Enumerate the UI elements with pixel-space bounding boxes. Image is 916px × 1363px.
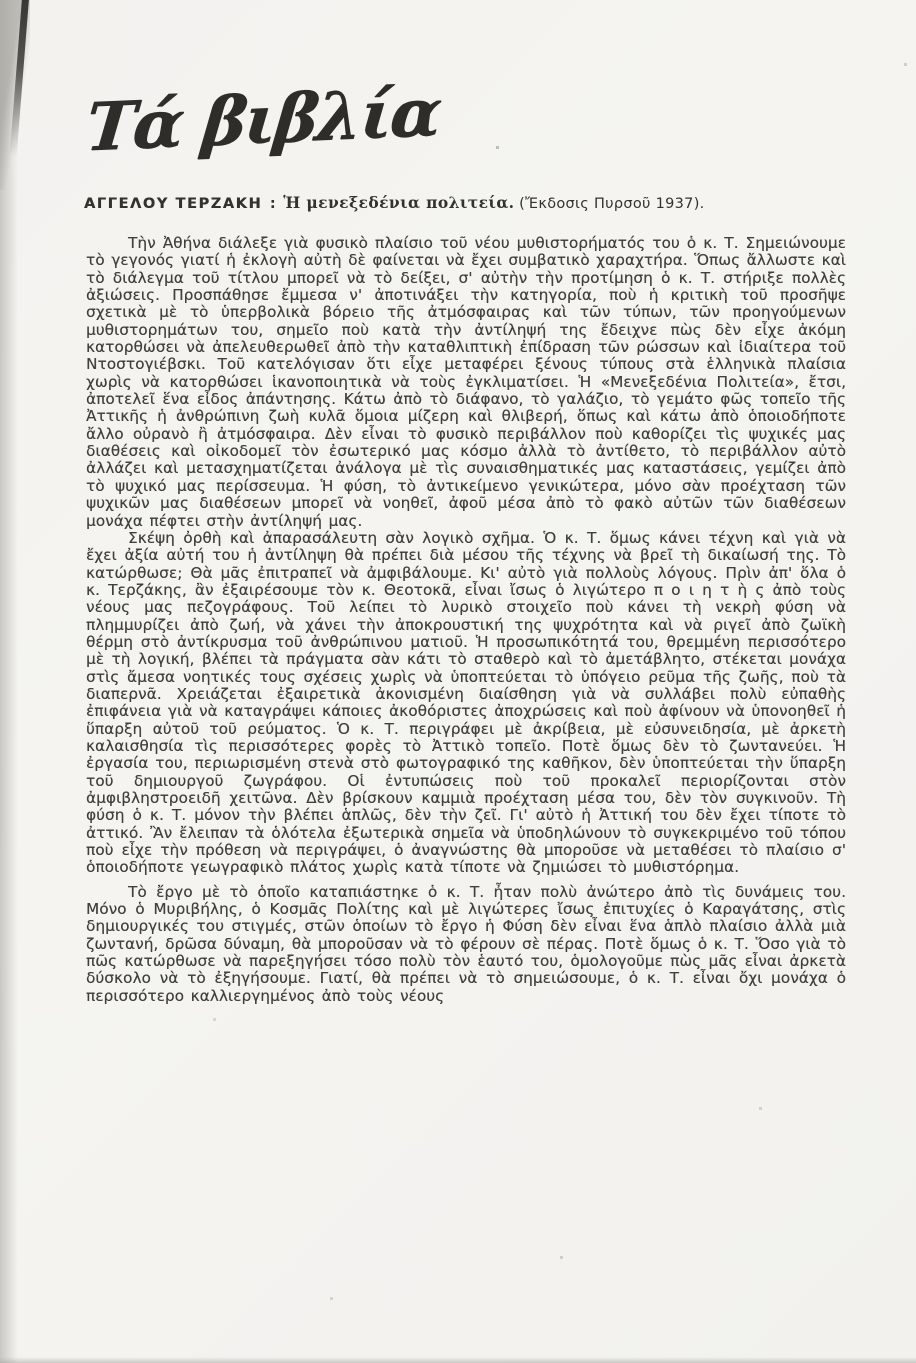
edition-info: (Ἔκδοσις Πυρσοῦ 1937). — [519, 196, 705, 212]
review-heading: ΑΓΓΕΛΟΥ ΤΕΡΖΑΚΗ : Ἡ μενεξεδένια πολιτεία… — [84, 193, 864, 212]
scan-page-edge-mark — [10, 0, 30, 157]
author-name: ΑΓΓΕΛΟΥ ΤΕΡΖΑΚΗ — [84, 196, 262, 212]
book-title: Ἡ μενεξεδένια πολιτεία. — [283, 193, 514, 212]
scan-left-edge-shade — [0, 0, 18, 1363]
scanned-review-page: Τά βιβλία ΑΓΓΕΛΟΥ ΤΕΡΖΑΚΗ : Ἡ μενεξεδένι… — [0, 0, 916, 1363]
section-script-title: Τά βιβλία — [82, 73, 443, 167]
review-body: Τὴν Ἀθήνα διάλεξε γιὰ φυσικὸ πλαίσιο τοῦ… — [86, 235, 846, 1005]
body-paragraph-3: Τὸ ἔργο μὲ τὸ ὁποῖο καταπιάστηκε ὁ κ. Τ.… — [86, 884, 846, 1005]
heading-separator: : — [267, 196, 279, 212]
body-paragraph-1: Τὴν Ἀθήνα διάλεξε γιὰ φυσικὸ πλαίσιο τοῦ… — [86, 235, 846, 530]
scan-bottom-edge-shade — [0, 1357, 916, 1363]
body-paragraph-2: Σκέψη ὀρθὴ καὶ ἀπαρασάλευτη σὰν λογικὸ σ… — [86, 530, 846, 877]
scan-corner-shadow — [0, 0, 30, 190]
scan-dust-specks — [0, 0, 1, 1]
